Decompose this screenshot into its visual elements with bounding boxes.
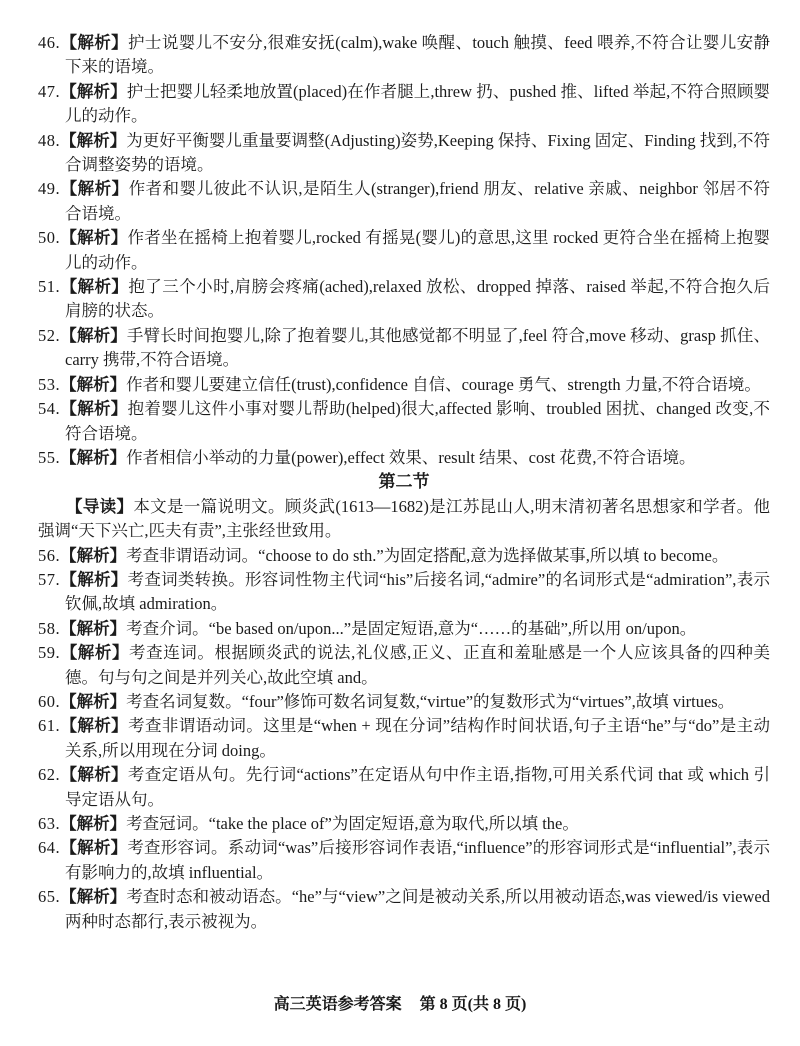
item-number: 54. <box>38 399 60 418</box>
analysis-text: 考查形容词。系动词“was”后接形容词作表语,“influence”的形容词形式… <box>65 838 770 881</box>
document-page: 46.【解析】护士说婴儿不安分,很难安抚(calm),wake 唤醒、touch… <box>0 0 800 1046</box>
item-number: 60. <box>38 692 60 711</box>
answer-item: 64.【解析】考查形容词。系动词“was”后接形容词作表语,“influence… <box>38 836 770 885</box>
footer-page-number: 第 8 页(共 8 页) <box>420 996 527 1013</box>
analysis-label: 【解析】 <box>60 448 126 467</box>
footer-doc-title: 高三英语参考答案 <box>274 996 402 1013</box>
answer-item: 47.【解析】护士把婴儿轻柔地放置(placed)在作者腿上,threw 扔、p… <box>38 80 770 129</box>
analysis-text: 为更好平衡婴儿重量要调整(Adjusting)姿势,Keeping 保持、Fix… <box>65 131 770 174</box>
analysis-label: 【解析】 <box>60 228 127 247</box>
analysis-label: 【解析】 <box>60 692 126 711</box>
analysis-label: 【解析】 <box>60 716 128 735</box>
answer-item: 50.【解析】作者坐在摇椅上抱着婴儿,rocked 有摇晃(婴儿)的意思,这里 … <box>38 226 770 275</box>
page-footer: 高三英语参考答案第 8 页(共 8 页) <box>0 991 800 1014</box>
item-number: 63. <box>38 814 60 833</box>
answer-item: 53.【解析】作者和婴儿要建立信任(trust),confidence 自信、c… <box>38 373 770 397</box>
answer-item: 59.【解析】考查连词。根据顾炎武的说法,礼仪感,正义、正直和羞耻感是一个人应该… <box>38 641 770 690</box>
analysis-text: 考查非谓语动词。“choose to do sth.”为固定搭配,意为选择做某事… <box>126 546 728 565</box>
item-number: 57. <box>38 570 60 589</box>
analysis-text: 考查词类转换。形容词性物主代词“his”后接名词,“admire”的名词形式是“… <box>65 570 770 613</box>
answer-item: 61.【解析】考查非谓语动词。这里是“when + 现在分词”结构作时间状语,句… <box>38 714 770 763</box>
item-number: 58. <box>38 619 60 638</box>
analysis-list-part2: 56.【解析】考查非谓语动词。“choose to do sth.”为固定搭配,… <box>38 544 770 935</box>
item-number: 64. <box>38 838 60 857</box>
analysis-label: 【解析】 <box>60 277 128 296</box>
analysis-text: 抱了三个小时,肩膀会疼痛(ached),relaxed 放松、dropped 掉… <box>65 277 770 320</box>
analysis-text: 考查定语从句。先行词“actions”在定语从句中作主语,指物,可用关系代词 t… <box>65 765 770 808</box>
analysis-text: 作者和婴儿要建立信任(trust),confidence 自信、courage … <box>126 375 761 394</box>
item-number: 52. <box>38 326 60 345</box>
analysis-text: 抱着婴儿这件小事对婴儿帮助(helped)很大,affected 影响、trou… <box>65 399 770 442</box>
analysis-text: 考查时态和被动语态。“he”与“view”之间是被动关系,所以用被动语态,was… <box>65 887 770 930</box>
item-number: 61. <box>38 716 60 735</box>
section-heading: 第二节 <box>38 470 770 494</box>
analysis-text: 护士把婴儿轻柔地放置(placed)在作者腿上,threw 扔、pushed 推… <box>65 82 770 125</box>
analysis-label: 【解析】 <box>60 570 127 589</box>
analysis-label: 【解析】 <box>60 131 126 150</box>
analysis-text: 手臂长时间抱婴儿,除了抱着婴儿,其他感觉都不明显了,feel 符合,move 移… <box>65 326 770 369</box>
answer-item: 60.【解析】考查名词复数。“four”修饰可数名词复数,“virtue”的复数… <box>38 690 770 714</box>
analysis-label: 【解析】 <box>60 887 126 906</box>
item-number: 49. <box>38 179 60 198</box>
intro-paragraph: 【导读】本文是一篇说明文。顾炎武(1613—1682)是江苏昆山人,明末清初著名… <box>38 495 770 544</box>
analysis-label: 【解析】 <box>60 82 127 101</box>
item-number: 53. <box>38 375 60 394</box>
analysis-label: 【解析】 <box>60 375 126 394</box>
analysis-text: 作者坐在摇椅上抱着婴儿,rocked 有摇晃(婴儿)的意思,这里 rocked … <box>65 228 770 271</box>
answer-item: 58.【解析】考查介词。“be based on/upon...”是固定短语,意… <box>38 617 770 641</box>
item-number: 62. <box>38 765 60 784</box>
analysis-text: 考查名词复数。“four”修饰可数名词复数,“virtue”的复数形式为“vir… <box>126 692 734 711</box>
answer-item: 55.【解析】作者相信小举动的力量(power),effect 效果、resul… <box>38 446 770 470</box>
analysis-label: 【解析】 <box>60 399 127 418</box>
answer-item: 57.【解析】考查词类转换。形容词性物主代词“his”后接名词,“admire”… <box>38 568 770 617</box>
item-number: 47. <box>38 82 60 101</box>
analysis-label: 【解析】 <box>60 814 126 833</box>
answer-item: 51.【解析】抱了三个小时,肩膀会疼痛(ached),relaxed 放松、dr… <box>38 275 770 324</box>
answer-item: 63.【解析】考查冠词。“take the place of”为固定短语,意为取… <box>38 812 770 836</box>
answer-item: 65.【解析】考查时态和被动语态。“he”与“view”之间是被动关系,所以用被… <box>38 885 770 934</box>
analysis-label: 【解析】 <box>60 326 127 345</box>
answer-item: 62.【解析】考查定语从句。先行词“actions”在定语从句中作主语,指物,可… <box>38 763 770 812</box>
intro-label: 【导读】 <box>66 497 133 516</box>
item-number: 51. <box>38 277 60 296</box>
item-number: 65. <box>38 887 60 906</box>
item-number: 48. <box>38 131 60 150</box>
analysis-label: 【解析】 <box>60 643 129 662</box>
analysis-text: 作者和婴儿彼此不认识,是陌生人(stranger),friend 朋友、rela… <box>65 179 770 222</box>
item-number: 50. <box>38 228 60 247</box>
answer-item: 46.【解析】护士说婴儿不安分,很难安抚(calm),wake 唤醒、touch… <box>38 31 770 80</box>
analysis-label: 【解析】 <box>60 179 128 198</box>
analysis-text: 考查冠词。“take the place of”为固定短语,意为取代,所以填 t… <box>126 814 579 833</box>
analysis-text: 考查连词。根据顾炎武的说法,礼仪感,正义、正直和羞耻感是一个人应该具备的四种美德… <box>65 643 770 686</box>
answer-item: 49.【解析】作者和婴儿彼此不认识,是陌生人(stranger),friend … <box>38 177 770 226</box>
analysis-text: 考查非谓语动词。这里是“when + 现在分词”结构作时间状语,句子主语“he”… <box>65 716 770 759</box>
answer-item: 48.【解析】为更好平衡婴儿重量要调整(Adjusting)姿势,Keeping… <box>38 129 770 178</box>
answer-item: 56.【解析】考查非谓语动词。“choose to do sth.”为固定搭配,… <box>38 544 770 568</box>
answer-item: 52.【解析】手臂长时间抱婴儿,除了抱着婴儿,其他感觉都不明显了,feel 符合… <box>38 324 770 373</box>
analysis-text: 作者相信小举动的力量(power),effect 效果、result 结果、co… <box>126 448 695 467</box>
answer-item: 54.【解析】抱着婴儿这件小事对婴儿帮助(helped)很大,affected … <box>38 397 770 446</box>
analysis-label: 【解析】 <box>60 546 126 565</box>
analysis-label: 【解析】 <box>60 838 127 857</box>
item-number: 56. <box>38 546 60 565</box>
item-number: 59. <box>38 643 60 662</box>
analysis-label: 【解析】 <box>60 619 126 638</box>
analysis-text: 护士说婴儿不安分,很难安抚(calm),wake 唤醒、touch 触摸、fee… <box>65 33 770 76</box>
intro-text: 本文是一篇说明文。顾炎武(1613—1682)是江苏昆山人,明末清初著名思想家和… <box>38 497 770 540</box>
analysis-text: 考查介词。“be based on/upon...”是固定短语,意为“……的基础… <box>126 619 696 638</box>
analysis-list-part1: 46.【解析】护士说婴儿不安分,很难安抚(calm),wake 唤醒、touch… <box>38 31 770 470</box>
analysis-label: 【解析】 <box>60 765 128 784</box>
analysis-label: 【解析】 <box>60 33 128 52</box>
item-number: 46. <box>38 33 60 52</box>
item-number: 55. <box>38 448 60 467</box>
